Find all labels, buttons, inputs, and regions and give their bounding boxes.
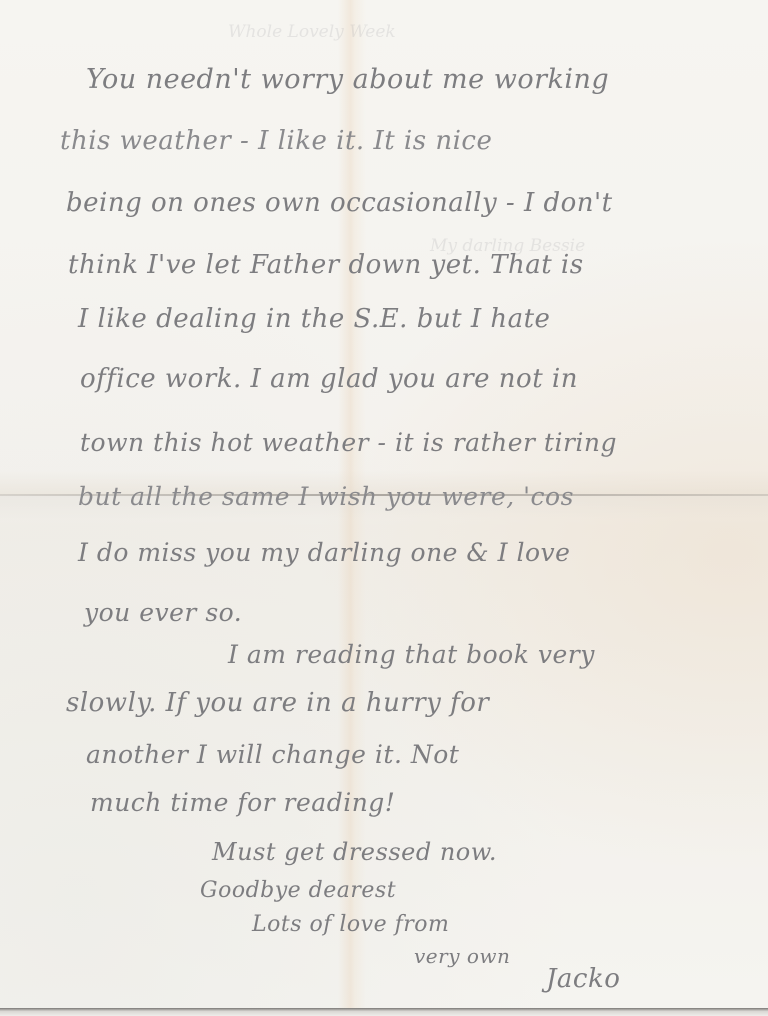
signature: Jacko bbox=[546, 966, 620, 992]
letter-line-6: office work. I am glad you are not in bbox=[80, 366, 578, 392]
closing-line-3: Lots of love from bbox=[252, 914, 449, 936]
letter-line-3: being on ones own occasionally - I don't bbox=[66, 190, 613, 216]
letter-line-4: think I've let Father down yet. That is bbox=[68, 252, 584, 278]
letter-line-8: but all the same I wish you were, 'cos bbox=[78, 484, 574, 509]
closing-line-2: Goodbye dearest bbox=[200, 880, 396, 902]
letter-line-10: you ever so. bbox=[84, 600, 242, 625]
closing-line-1: Must get dressed now. bbox=[212, 840, 497, 864]
closing-line-4: very own bbox=[414, 946, 510, 966]
letter-line-12: slowly. If you are in a hurry for bbox=[66, 690, 489, 716]
letter-line-1: You needn't worry about me working bbox=[86, 66, 609, 93]
letter-page: Whole Lovely Week My darling Bessie You … bbox=[0, 0, 768, 1010]
letter-line-7: town this hot weather - it is rather tir… bbox=[80, 430, 617, 455]
letter-line-9: I do miss you my darling one & I love bbox=[78, 540, 570, 565]
letter-line-5: I like dealing in the S.E. but I hate bbox=[78, 306, 550, 332]
letter-line-13: another I will change it. Not bbox=[86, 742, 459, 767]
letter-line-14: much time for reading! bbox=[90, 790, 395, 815]
letter-line-2: this weather - I like it. It is nice bbox=[60, 128, 492, 154]
page-bottom-edge-shadow bbox=[0, 1008, 768, 1016]
bleed-through-text: Whole Lovely Week bbox=[228, 22, 396, 42]
letter-line-11: I am reading that book very bbox=[228, 642, 595, 667]
